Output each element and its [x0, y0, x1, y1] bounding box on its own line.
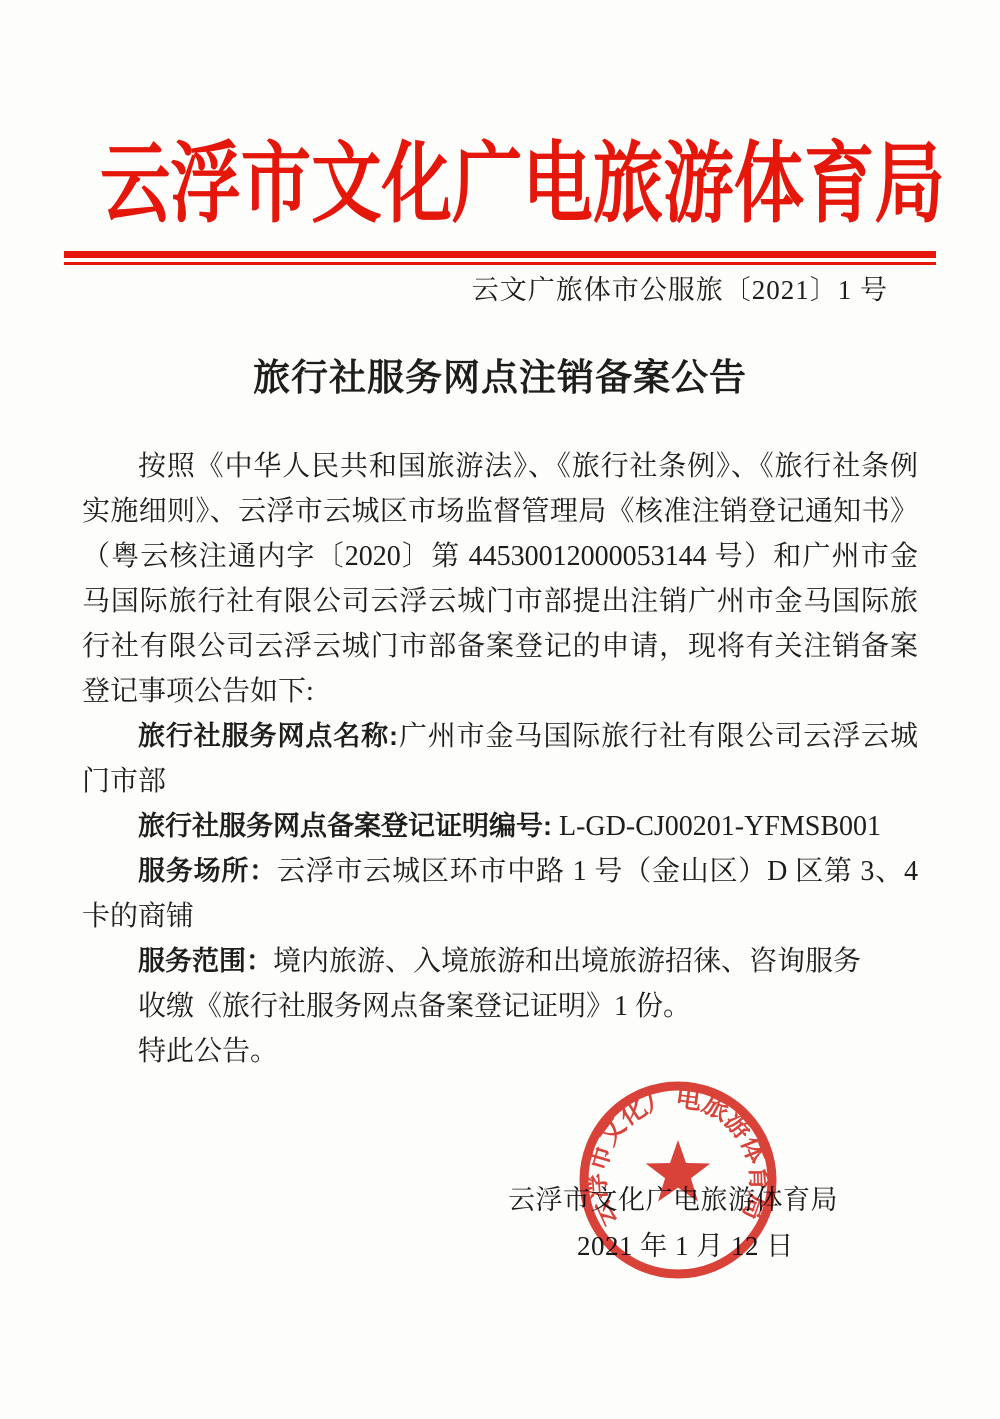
document-body: 按照《中华人民共和国旅游法》、《旅行社条例》、《旅行社条例实施细则》、云浮市云城… [82, 444, 918, 1074]
document-page: 云浮市文化广电旅游体育局 云文广旅体市公服旅〔2021〕1 号 旅行社服务网点注… [0, 0, 1000, 1419]
letterhead-rule-thick [64, 251, 936, 258]
paragraph: 特此公告。 [82, 1029, 918, 1074]
signature-agency: 云浮市文化广电旅游体育局 [508, 1178, 838, 1217]
text-segment: 收缴《旅行社服务网点备案登记证明》1 份。 [138, 991, 691, 1022]
paragraph: 收缴《旅行社服务网点备案登记证明》1 份。 [82, 984, 918, 1029]
text-segment: 按照《中华人民共和国旅游法》、《旅行社条例》、《旅行社条例实施细则》、云浮市云城… [82, 451, 918, 707]
paragraph: 服务场所：云浮市云城区环市中路 1 号（金山区）D 区第 3、4 卡的商铺 [82, 849, 918, 939]
document-number: 云文广旅体市公服旅〔2021〕1 号 [472, 268, 888, 307]
field-label: 旅行社服务网点名称: [138, 721, 398, 751]
paragraph: 按照《中华人民共和国旅游法》、《旅行社条例》、《旅行社条例实施细则》、云浮市云城… [82, 444, 918, 714]
text-segment: L-GD-CJ00201-YFMSB001 [552, 811, 881, 842]
paragraph: 旅行社服务网点名称:广州市金马国际旅行社有限公司云浮云城门市部 [82, 714, 918, 804]
field-label: 服务场所： [138, 856, 277, 886]
letterhead-rule-thin [64, 262, 936, 265]
letterhead-agency-title: 云浮市文化广电旅游体育局 [100, 134, 900, 238]
signature-date: 2021 年 1 月 12 日 [577, 1224, 794, 1263]
field-label: 旅行社服务网点备案登记证明编号: [138, 811, 552, 841]
field-label: 服务范围： [138, 946, 273, 976]
paragraph: 旅行社服务网点备案登记证明编号: L-GD-CJ00201-YFMSB001 [82, 804, 918, 849]
text-segment: 境内旅游、入境旅游和出境旅游招徕、咨询服务 [273, 946, 861, 977]
document-title: 旅行社服务网点注销备案公告 [0, 347, 1000, 401]
text-segment: 特此公告。 [138, 1036, 278, 1067]
paragraph: 服务范围：境内旅游、入境旅游和出境旅游招徕、咨询服务 [82, 939, 918, 984]
